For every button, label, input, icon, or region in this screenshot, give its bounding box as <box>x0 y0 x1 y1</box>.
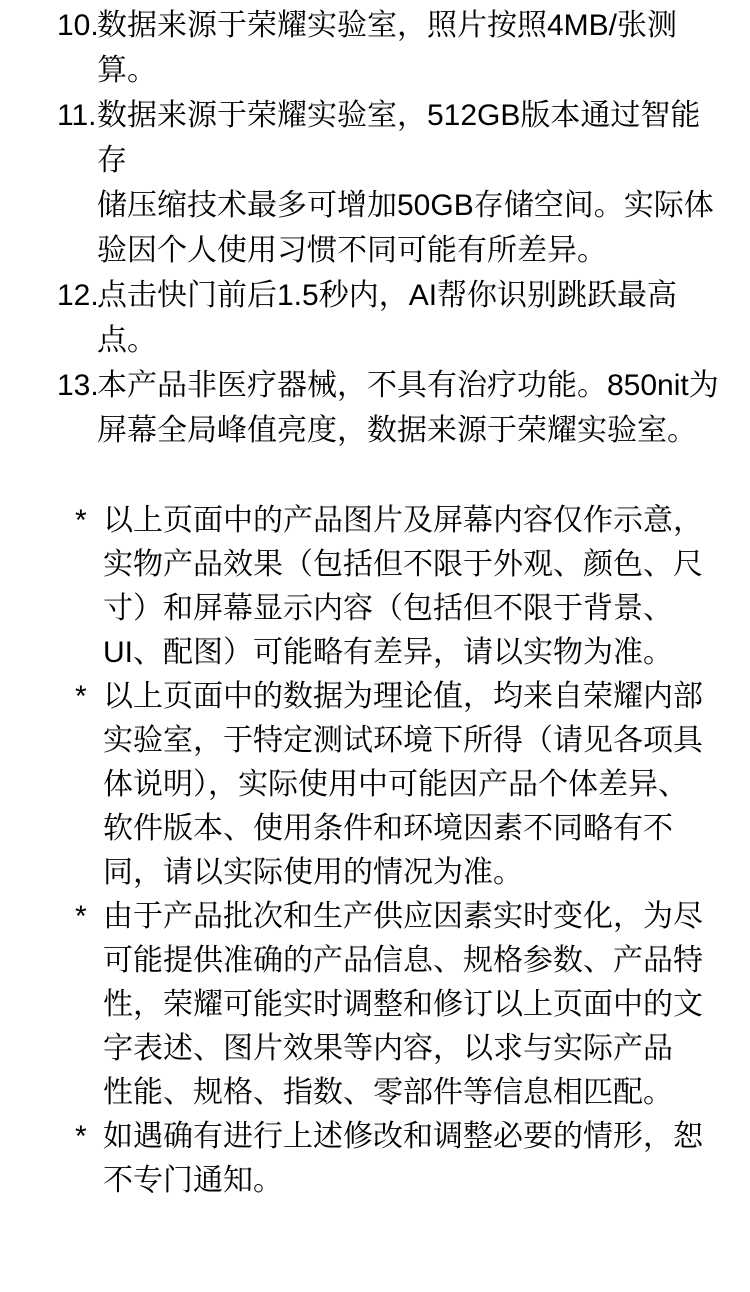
asterisk-note-text: 以上页面中的产品图片及屏幕内容仅作示意， 实物产品效果（包括但不限于外观、颜色、… <box>103 499 721 675</box>
footnote-number: 13. <box>57 363 97 453</box>
footnote-text: 数据来源于荣耀实验室，照片按照4MB/张测 算。 <box>97 3 722 93</box>
asterisk-note-list: * 以上页面中的产品图片及屏幕内容仅作示意， 实物产品效果（包括但不限于外观、颜… <box>75 499 750 1203</box>
asterisk-note-text: 如遇确有进行上述修改和调整必要的情形，恕 不专门通知。 <box>103 1115 721 1203</box>
asterisk-note-1: * 以上页面中的产品图片及屏幕内容仅作示意， 实物产品效果（包括但不限于外观、颜… <box>75 499 750 675</box>
footnote-number: 11. <box>57 93 97 273</box>
footnote-item-12: 12. 点击快门前后1.5秒内，AI帮你识别跳跃最高点。 <box>57 273 722 363</box>
numbered-footnote-list: 10. 数据来源于荣耀实验室，照片按照4MB/张测 算。 11. 数据来源于荣耀… <box>0 3 750 453</box>
disclaimer-notes-section: 10. 数据来源于荣耀实验室，照片按照4MB/张测 算。 11. 数据来源于荣耀… <box>0 0 750 1292</box>
asterisk-marker: * <box>75 499 103 675</box>
footnote-text: 点击快门前后1.5秒内，AI帮你识别跳跃最高点。 <box>97 273 722 363</box>
asterisk-note-4: * 如遇确有进行上述修改和调整必要的情形，恕 不专门通知。 <box>75 1115 750 1203</box>
asterisk-marker: * <box>75 675 103 895</box>
asterisk-note-text: 以上页面中的数据为理论值，均来自荣耀内部 实验室，于特定测试环境下所得（请见各项… <box>103 675 721 895</box>
footnote-text: 本产品非医疗器械，不具有治疗功能。850nit为 屏幕全局峰值亮度，数据来源于荣… <box>97 363 722 453</box>
footnote-number: 12. <box>57 273 97 363</box>
footnote-item-11: 11. 数据来源于荣耀实验室，512GB版本通过智能存 储压缩技术最多可增加50… <box>57 93 722 273</box>
footnote-number: 10. <box>57 3 97 93</box>
asterisk-marker: * <box>75 1115 103 1203</box>
footnote-item-13: 13. 本产品非医疗器械，不具有治疗功能。850nit为 屏幕全局峰值亮度，数据… <box>57 363 722 453</box>
asterisk-marker: * <box>75 895 103 1115</box>
asterisk-note-text: 由于产品批次和生产供应因素实时变化，为尽 可能提供准确的产品信息、规格参数、产品… <box>103 895 721 1115</box>
footnote-item-10: 10. 数据来源于荣耀实验室，照片按照4MB/张测 算。 <box>57 3 722 93</box>
footnote-text: 数据来源于荣耀实验室，512GB版本通过智能存 储压缩技术最多可增加50GB存储… <box>97 93 722 273</box>
asterisk-note-2: * 以上页面中的数据为理论值，均来自荣耀内部 实验室，于特定测试环境下所得（请见… <box>75 675 750 895</box>
asterisk-note-3: * 由于产品批次和生产供应因素实时变化，为尽 可能提供准确的产品信息、规格参数、… <box>75 895 750 1115</box>
